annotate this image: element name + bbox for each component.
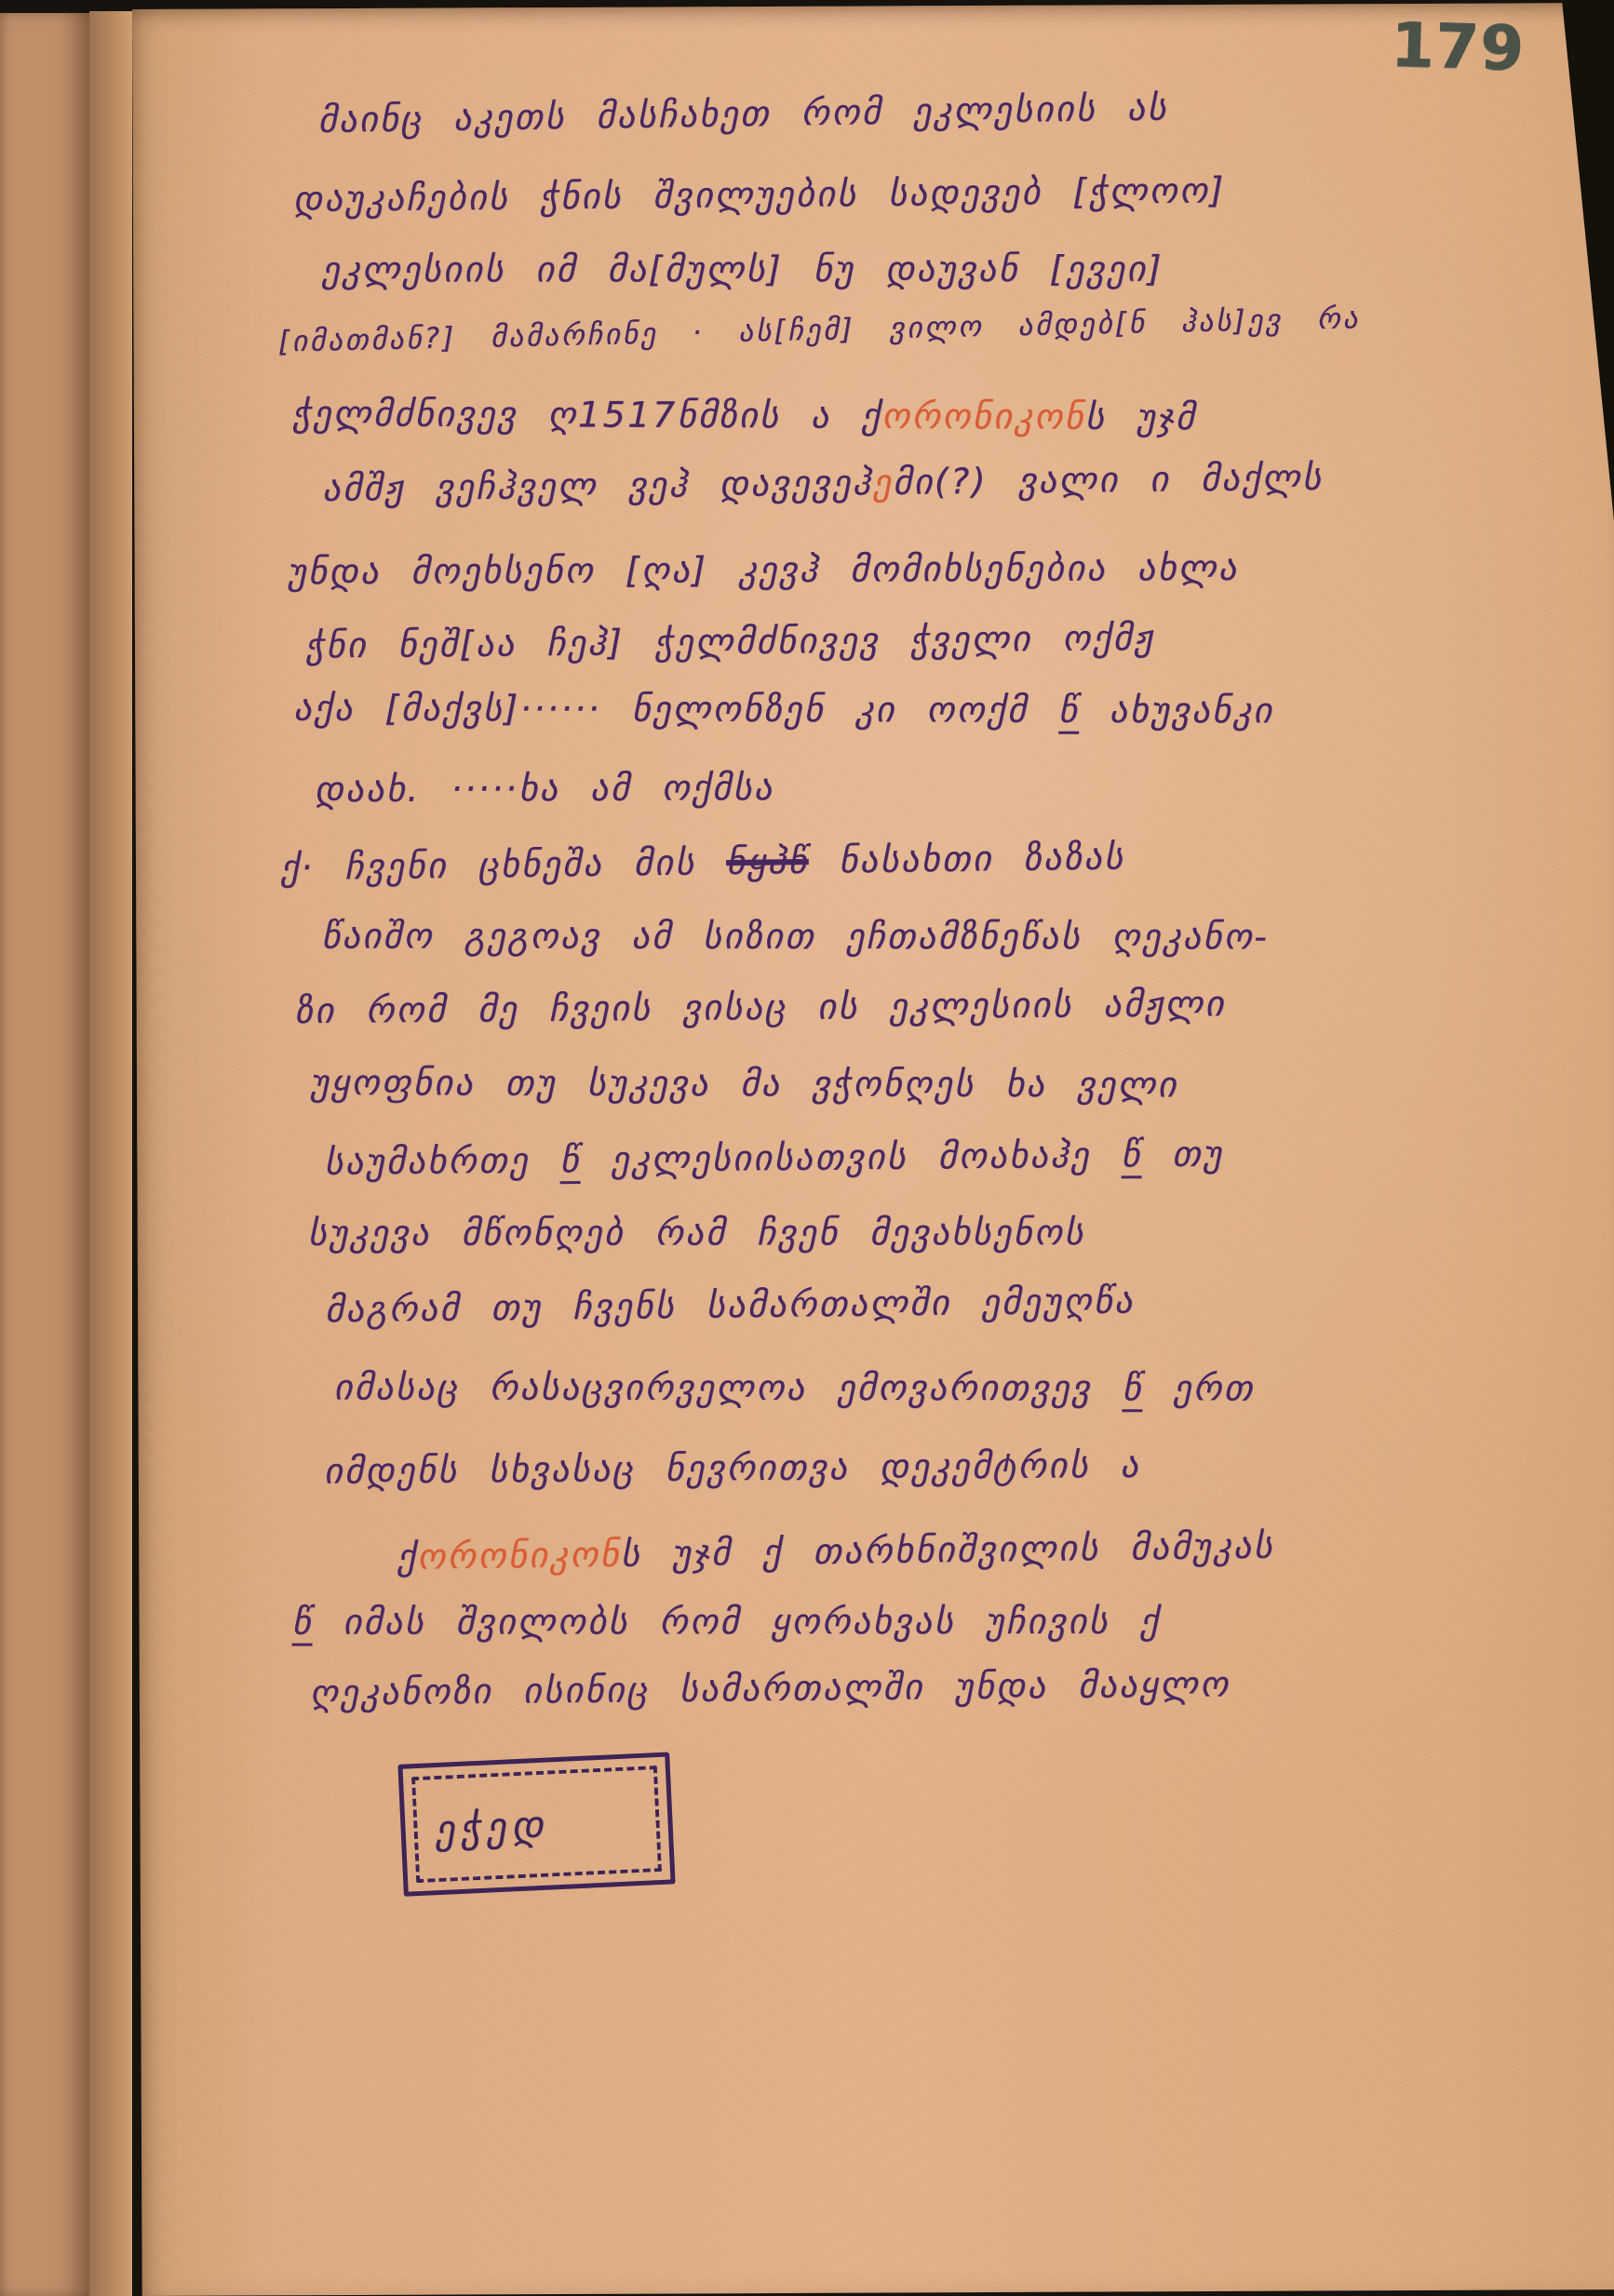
- ink-segment: ღეკანოზი ისინიც სამართალში უნდა მააყლო: [310, 1663, 1231, 1712]
- manuscript-line: იმდენს სხვასაც ნევრითვა დეკემტრის ა: [324, 1444, 1141, 1492]
- ink-segment: ს უჯმ ქ თარხნიშვილის მამუკას: [621, 1525, 1275, 1575]
- ink-segment: იმას შვილობს რომ ყორახვას უჩივის ქ: [313, 1601, 1161, 1643]
- ink-segment: წ: [1058, 690, 1079, 734]
- manuscript-line: წ იმას შვილობს რომ ყორახვას უჩივის ქ: [292, 1601, 1161, 1643]
- ink-segment: საუმახრთე: [324, 1139, 559, 1182]
- ink-segment: სუკევა მწონღებ რამ ჩვენ მევახსენოს: [308, 1212, 1085, 1254]
- seal-text: ეჭედ: [433, 1801, 549, 1852]
- seal-box: ეჭედ: [397, 1752, 675, 1896]
- previous-page-edge: [0, 13, 89, 2296]
- ink-segment: მაგრამ თუ ჩვენს სამართალში ემეუღწა: [325, 1280, 1135, 1330]
- red-ink-segment: ორონიკონ: [417, 1534, 621, 1578]
- manuscript-line: ქორონიკონს უჯმ ქ თარხნიშვილის მამუკას: [397, 1525, 1274, 1578]
- ink-segment: ერთ: [1143, 1367, 1255, 1408]
- ink-segment: ქ· ჩვენი ცხნეშა მის: [280, 841, 727, 888]
- manuscript-line: სუკევა მწონღებ რამ ჩვენ მევახსენოს: [308, 1212, 1085, 1254]
- ink-segment: ახუვანკი: [1079, 690, 1273, 732]
- manuscript-line: დაახ. ·····ხა ამ ოქმსა: [315, 767, 774, 810]
- ink-segment: დაუკაჩების ჭნის შვილუების სადევებ [ჭლოო]: [293, 169, 1226, 220]
- binding-gutter-shadow: [89, 11, 132, 2296]
- ink-segment: წ: [559, 1139, 581, 1184]
- ink-segment: იმასაც რასაცვირველოა ემოვარითვევ: [333, 1366, 1122, 1408]
- ink-segment: წ: [292, 1602, 313, 1646]
- seal-box-inner-dashed-frame: ეჭედ: [411, 1766, 662, 1883]
- manuscript-line: საუმახრთე წ ეკლესიისათვის მოახაჰე წ თუ: [324, 1133, 1223, 1182]
- ink-segment: დაახ. ·····ხა ამ ოქმსა: [315, 767, 774, 810]
- manuscript-line: უნდა მოეხსენო [ღა] კევჰ მომიხსენებია ახლ…: [288, 547, 1239, 592]
- manuscript-line: მაინც აკეთს მასჩახეთ რომ ეკლესიის ას: [317, 87, 1168, 141]
- ink-segment: ეკლესიის იმ მა[მულს] ნუ დაუვან [ევეი]: [321, 248, 1163, 290]
- manuscript-line: იმასაც რასაცვირველოა ემოვარითვევ წ ერთ: [333, 1366, 1254, 1408]
- manuscript-line: მაგრამ თუ ჩვენს სამართალში ემეუღწა: [325, 1280, 1135, 1330]
- struck-out-segment: ნყჰწ: [726, 840, 809, 882]
- ink-segment: ს უჯმ: [1085, 396, 1197, 438]
- ink-segment: ნასახთი ზაზას: [808, 836, 1124, 880]
- red-ink-segment: ორონიკონ: [881, 396, 1085, 437]
- manuscript-line: ღეკანოზი ისინიც სამართალში უნდა მააყლო: [310, 1663, 1231, 1712]
- ink-segment: უნდა მოეხსენო [ღა] კევჰ მომიხსენებია ახლ…: [288, 547, 1239, 592]
- ink-segment: წ: [1122, 1367, 1142, 1412]
- manuscript-line: აქა [მაქვს]······ ნელონზენ კი ოოქმ წ ახუ…: [293, 688, 1273, 732]
- ink-segment: მაინც აკეთს მასჩახეთ რომ ეკლესიის ას: [317, 87, 1168, 141]
- manuscript-line: ამშჟ ვეჩჰველ ვეჰ დავევეჰემი(?) ვალი ი მა…: [322, 457, 1324, 509]
- ink-segment: ქ: [397, 1537, 418, 1578]
- manuscript-page: 179 მაინც აკეთს მასჩახეთ რომ ეკლესიის ას…: [132, 3, 1614, 2296]
- ink-segment: ეკლესიისათვის მოახაჰე: [580, 1134, 1121, 1180]
- ink-segment: წაიშო გეგოავ ამ სიზით ეჩთამზნეწას ღეკანო…: [321, 915, 1269, 957]
- manuscript-line: წაიშო გეგოავ ამ სიზით ეჩთამზნეწას ღეკანო…: [321, 915, 1269, 957]
- manuscript-line: ეკლესიის იმ მა[მულს] ნუ დაუვან [ევეი]: [321, 248, 1163, 290]
- ink-segment: ამშჟ ვეჩჰველ ვეჰ დავევეჰ: [322, 462, 873, 509]
- ink-segment: თუ: [1141, 1133, 1223, 1175]
- manuscript-line: ზი რომ მე ჩვეის ვისაც ის ეკლესიის ამჟლი: [295, 983, 1226, 1031]
- red-ink-segment: ე: [872, 462, 893, 503]
- manuscript-line: ჭნი ნეშ[აა ჩეჰ] ჭელმძნივევ ჭველი ოქმჟ: [305, 617, 1155, 666]
- ink-segment: ჭნი ნეშ[აა ჩეჰ] ჭელმძნივევ ჭველი ოქმჟ: [305, 617, 1155, 666]
- manuscript-line: დაუკაჩების ჭნის შვილუების სადევებ [ჭლოო]: [293, 169, 1226, 220]
- manuscript-line: ჭელმძნივევ ღ1517ნმზის ა ქორონიკონს უჯმ: [292, 393, 1197, 437]
- scanned-book-photo: 179 მაინც აკეთს მასჩახეთ რომ ეკლესიის ას…: [0, 0, 1614, 2296]
- manuscript-line: ქ· ჩვენი ცხნეშა მის ნყჰწ ნასახთი ზაზას: [280, 836, 1125, 888]
- manuscript-line: [იმათმან?] მამარჩინე · ას[ჩემ] ვილო ამდე…: [277, 302, 1360, 358]
- ink-segment: წ: [1121, 1134, 1142, 1178]
- ink-segment: იმდენს სხვასაც ნევრითვა დეკემტრის ა: [324, 1444, 1141, 1492]
- ink-segment: უყოფნია თუ სუკევა მა ვჭონღეს ხა ველი: [310, 1062, 1178, 1105]
- ink-segment: ჭელმძნივევ ღ1517ნმზის ა ქ: [292, 393, 882, 436]
- ink-segment: [იმათმან?] მამარჩინე · ას[ჩემ] ვილო ამდე…: [277, 302, 1360, 358]
- ink-segment: მი(?) ვალი ი მაქლს: [893, 457, 1324, 503]
- ink-segment: ზი რომ მე ჩვეის ვისაც ის ეკლესიის ამჟლი: [295, 983, 1226, 1031]
- page-number-pencil: 179: [1390, 9, 1526, 85]
- ink-segment: აქა [მაქვს]······ ნელონზენ კი ოოქმ: [293, 688, 1058, 731]
- manuscript-line: უყოფნია თუ სუკევა მა ვჭონღეს ხა ველი: [310, 1062, 1178, 1105]
